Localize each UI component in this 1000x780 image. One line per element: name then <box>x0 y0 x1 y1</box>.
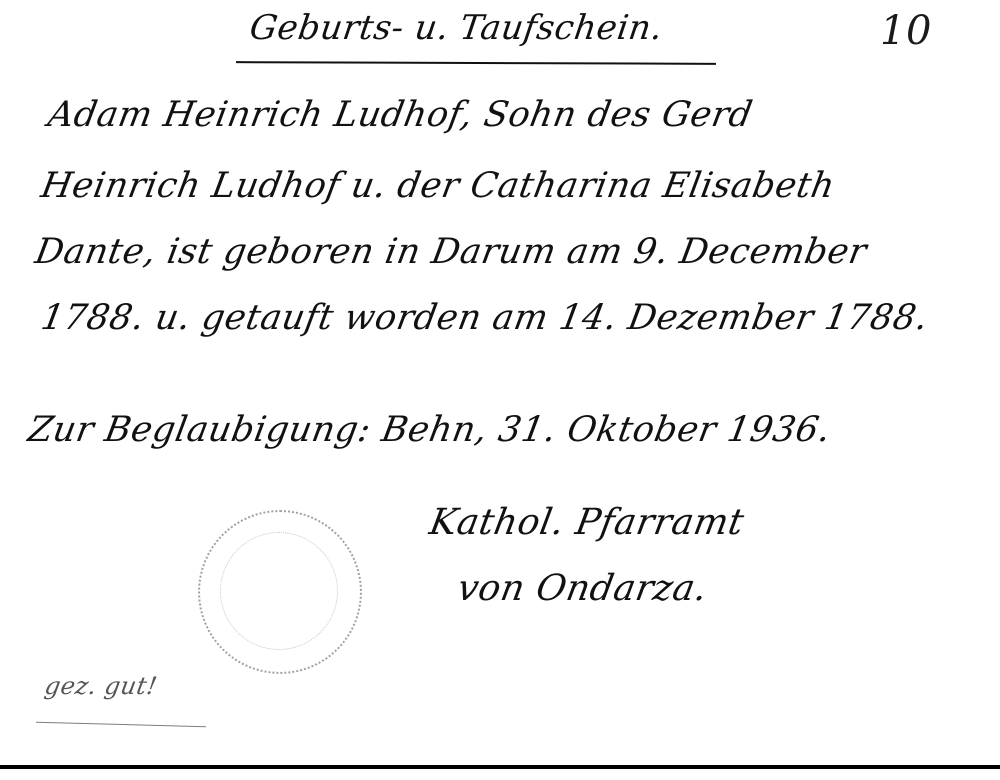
signature-name: von Ondarza. <box>454 568 710 609</box>
signature-office: Kathol. Pfarramt <box>426 502 747 543</box>
page-number: 10 <box>880 8 932 54</box>
seal-inner-ring <box>220 532 338 650</box>
margin-note: gez. gut! <box>43 672 160 700</box>
body-line-1: Adam Heinrich Ludhof, Sohn des Gerd <box>45 95 756 135</box>
document-page: Geburts- u. Taufschein. 10 Adam Heinrich… <box>0 0 1000 780</box>
body-line-4: 1788. u. getauft worden am 14. Dezember … <box>38 298 931 338</box>
title-underline <box>236 61 716 65</box>
margin-note-underline <box>36 722 206 727</box>
bottom-rule <box>0 765 1000 769</box>
body-line-3: Dante, ist geboren in Darum am 9. Decemb… <box>32 232 870 272</box>
body-line-2: Heinrich Ludhof u. der Catharina Elisabe… <box>38 166 838 206</box>
certification-line: Zur Beglaubigung: Behn, 31. Oktober 1936… <box>25 410 834 450</box>
document-title: Geburts- u. Taufschein. <box>247 8 665 48</box>
parish-seal-stamp <box>198 510 362 674</box>
